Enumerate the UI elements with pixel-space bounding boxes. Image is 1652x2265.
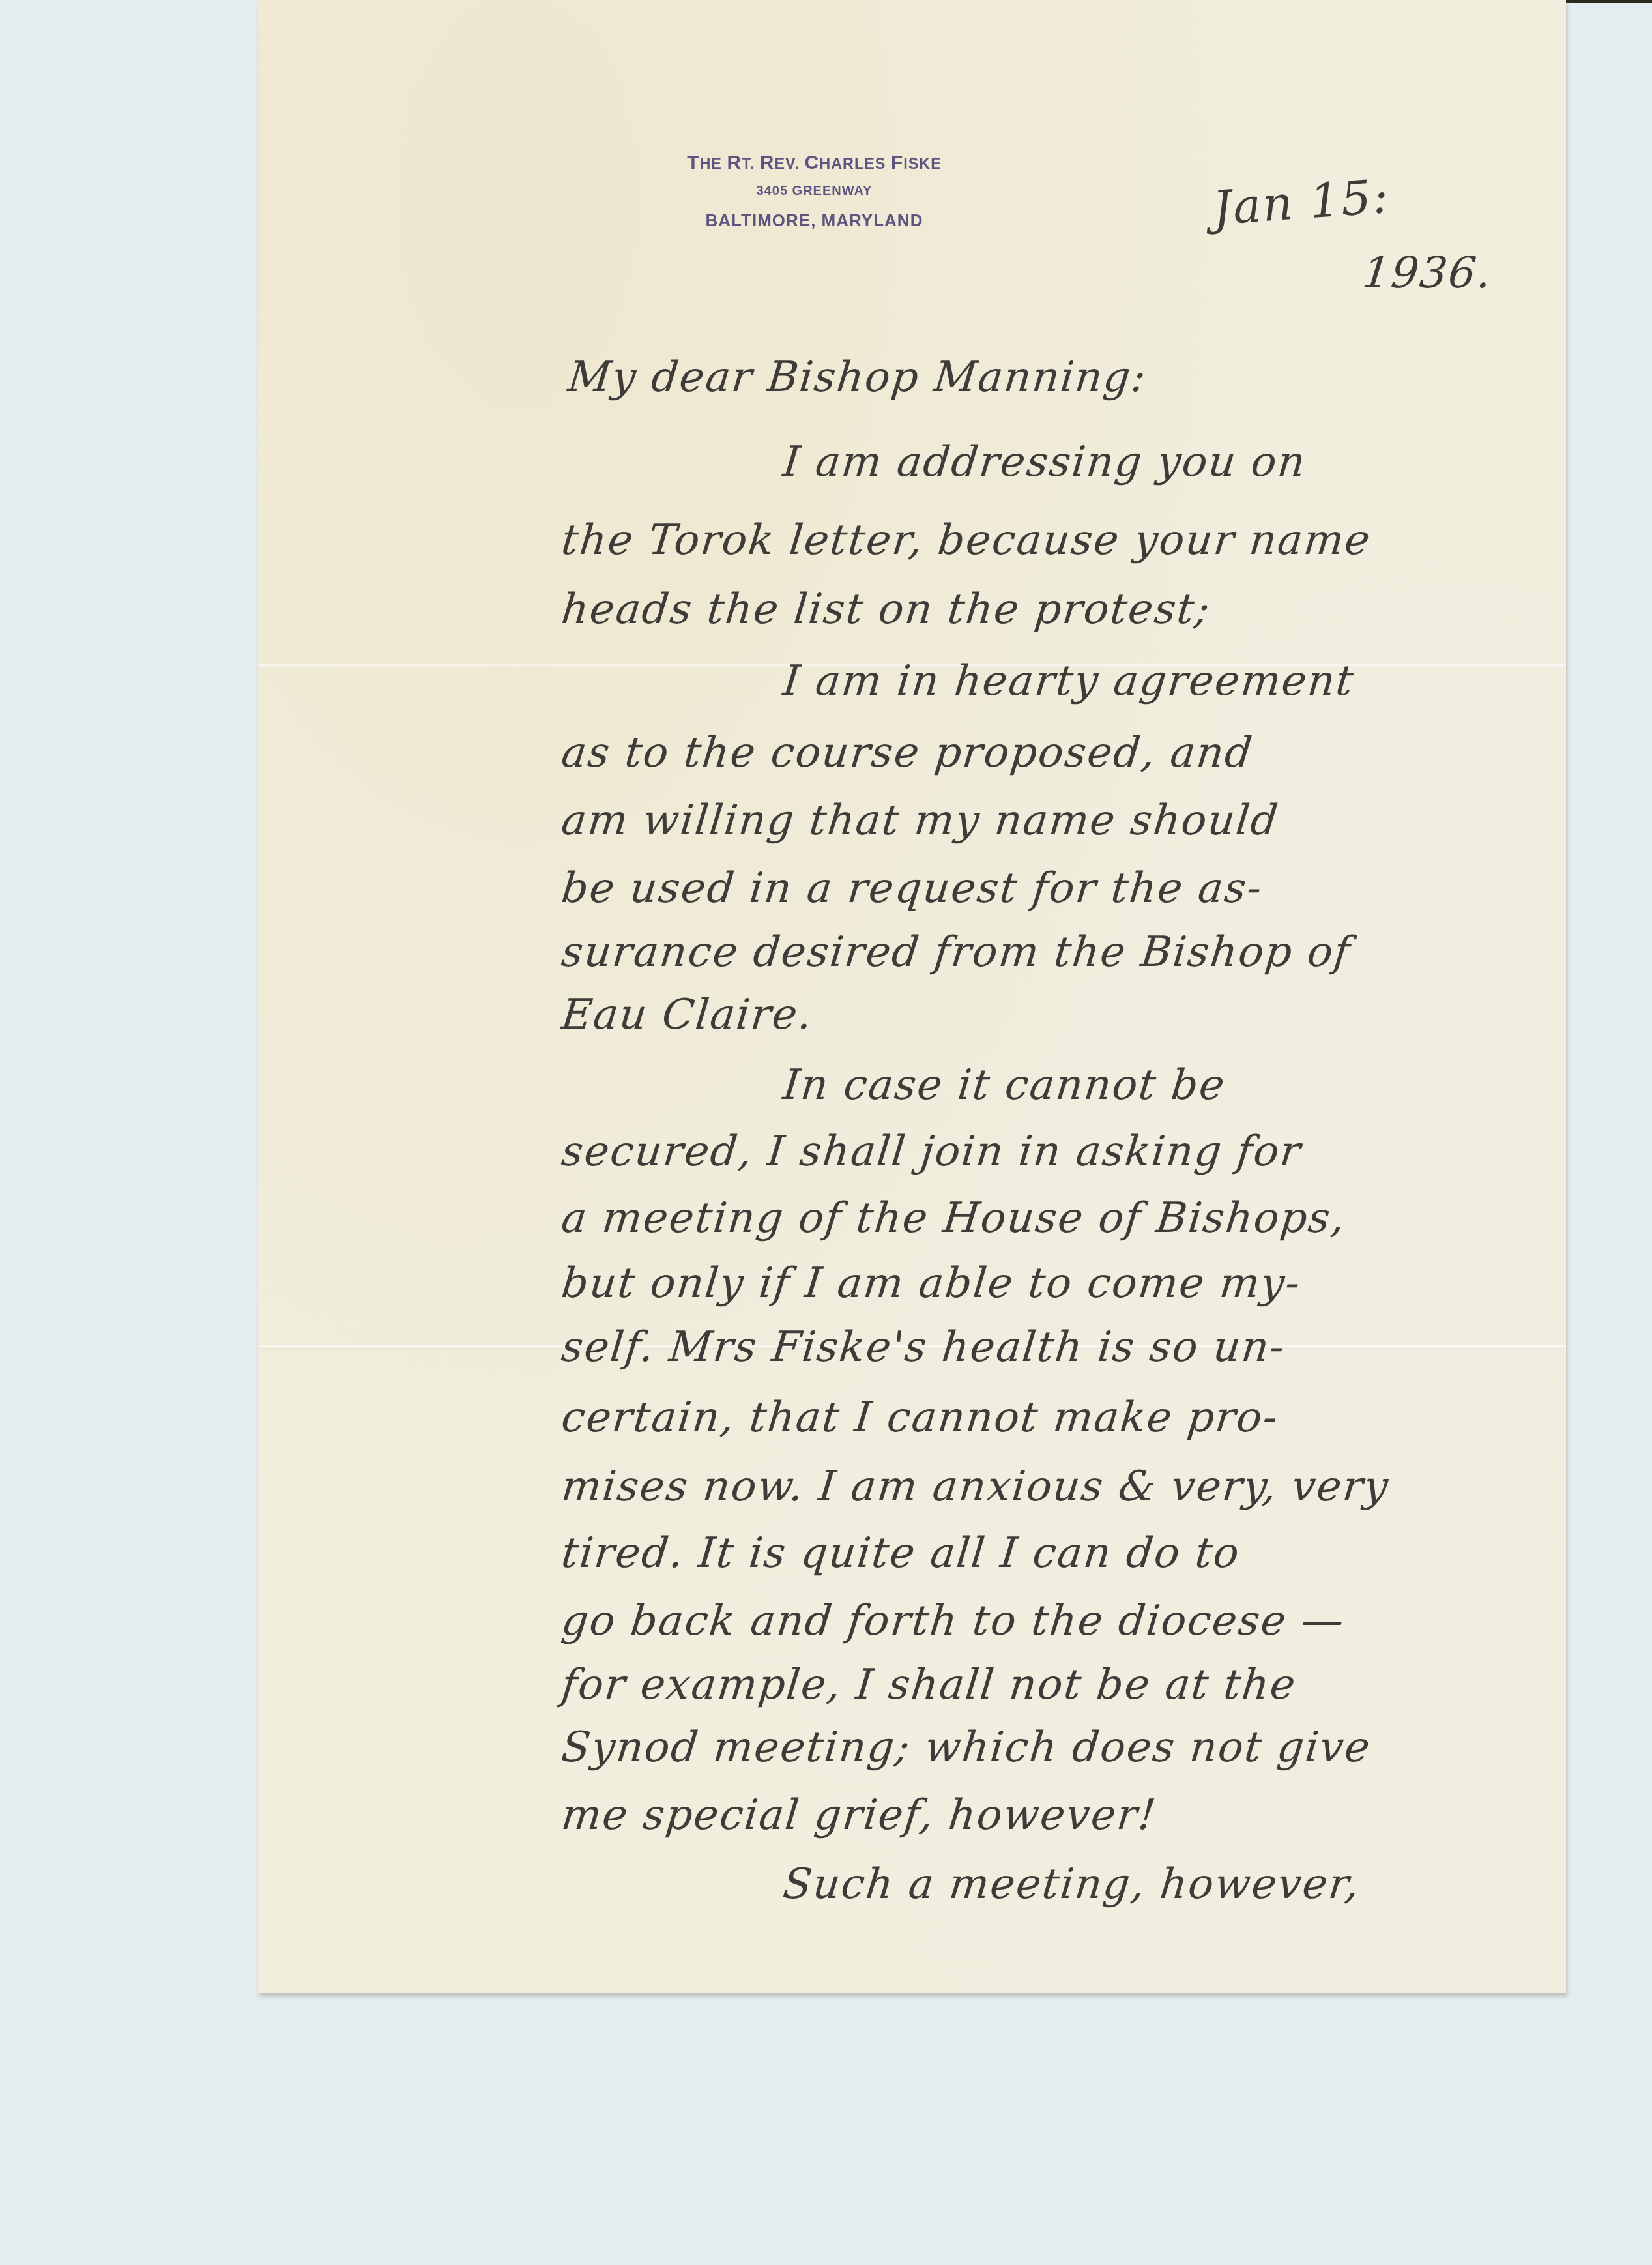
letter-page: THE RT. REV. CHARLES FISKE 3405 GREENWAY… <box>258 0 1566 1993</box>
letter-line: surance desired from the Bishop of <box>559 928 1353 976</box>
letter-line: me special grief, however! <box>559 1791 1159 1839</box>
letter-line: a meeting of the House of Bishops, <box>559 1194 1348 1242</box>
scanner-edge <box>1561 0 1652 3</box>
letter-line: secured, I shall join in asking for <box>559 1128 1304 1176</box>
letter-line: tired. It is quite all I can do to <box>559 1529 1242 1577</box>
letter-line: I am in hearty agreement <box>781 657 1357 705</box>
letter-line: self. Mrs Fiske's health is so un- <box>559 1323 1288 1371</box>
letter-line: for example, I shall not be at the <box>559 1661 1299 1709</box>
letter-line: as to the course proposed, and <box>559 729 1255 777</box>
letter-line: but only if I am able to come my- <box>559 1259 1303 1308</box>
letterhead-name: THE RT. REV. CHARLES FISKE <box>160 152 1468 174</box>
letter-line: In case it cannot be <box>781 1061 1228 1109</box>
letter-line: I am addressing you on <box>781 438 1309 486</box>
letter-line: Such a meeting, however, <box>781 1860 1363 1908</box>
letter-line: go back and forth to the diocese — <box>559 1597 1347 1645</box>
letter-line: heads the list on the protest; <box>559 585 1213 634</box>
letter-line: the Torok letter, because your name <box>559 516 1373 564</box>
letter-line: Synod meeting; which does not give <box>559 1723 1373 1772</box>
letter-line: be used in a request for the as- <box>559 864 1265 913</box>
letter-line: am willing that my name should <box>559 796 1281 845</box>
salutation: My dear Bishop Manning: <box>566 353 1149 402</box>
letter-line: mises now. I am anxious & very, very <box>559 1463 1391 1511</box>
letter-line: certain, that I cannot make pro- <box>559 1394 1281 1442</box>
letter-line: Eau Claire. <box>559 991 815 1039</box>
date-year: 1936. <box>1360 248 1495 298</box>
